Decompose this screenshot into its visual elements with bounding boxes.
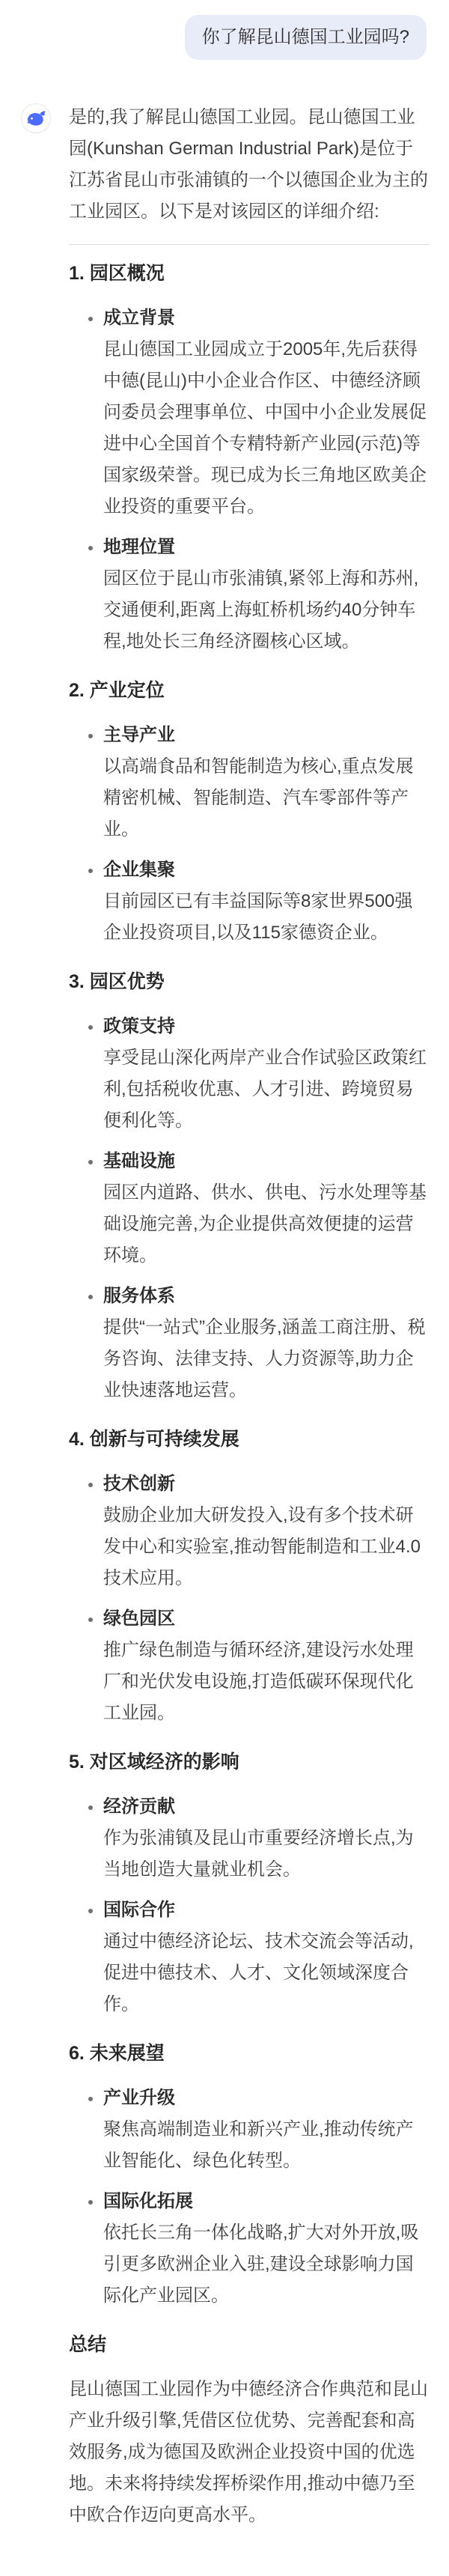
bullet-label: 地理位置 xyxy=(103,532,430,563)
list-item: 成立背景 昆山德国工业园成立于2005年,先后获得中德(昆山)中小企业合作区、中… xyxy=(70,303,430,523)
bullet-label: 产业升级 xyxy=(103,2083,430,2114)
bullet-label: 企业集聚 xyxy=(103,854,430,886)
bullet-text: 作为张浦镇及昆山市重要经济增长点,为当地创造大量就业机会。 xyxy=(103,1823,430,1886)
bullet-text: 昆山德国工业园成立于2005年,先后获得中德(昆山)中小企业合作区、中德经济顾问… xyxy=(103,334,430,523)
assistant-message-content: 是的,我了解昆山德国工业园。昆山德国工业园(Kunshan German Ind… xyxy=(69,102,430,2531)
bullet-label: 技术创新 xyxy=(103,1468,430,1500)
bullet-label: 成立背景 xyxy=(103,303,430,334)
list-item: 产业升级 聚焦高端制造业和新兴产业,推动传统产业智能化、绿色化转型。 xyxy=(70,2083,430,2177)
list-item: 技术创新 鼓励企业加大研发投入,设有多个技术研发中心和实验室,推动智能制造和工业… xyxy=(70,1468,430,1594)
bullet-dot xyxy=(88,2097,93,2101)
bullet-dot xyxy=(88,734,93,738)
bullet-dot xyxy=(88,2200,93,2205)
user-message-row: 你了解昆山德国工业园吗? xyxy=(0,0,449,60)
bullet-text: 通过中德经济论坛、技术交流会等活动,促进中德技术、人才、文化领域深度合作。 xyxy=(103,1926,430,2020)
bullet-dot xyxy=(88,1617,93,1622)
bullet-text: 聚焦高端制造业和新兴产业,推动传统产业智能化、绿色化转型。 xyxy=(103,2114,430,2177)
assistant-avatar xyxy=(21,103,51,133)
divider xyxy=(69,244,430,245)
list-item: 主导产业 以高端食品和智能制造为核心,重点发展精密机械、智能制造、汽车零部件等产… xyxy=(70,720,430,845)
bullet-label: 绿色园区 xyxy=(103,1603,430,1635)
list-item: 国际化拓展 依托长三角一体化战略,扩大对外开放,吸引更多欧洲企业入驻,建设全球影… xyxy=(70,2186,430,2312)
list-item: 国际合作 通过中德经济论坛、技术交流会等活动,促进中德技术、人才、文化领域深度合… xyxy=(70,1895,430,2020)
summary-paragraph: 昆山德国工业园作为中德经济合作典范和昆山产业升级引擎,凭借区位优势、完善配套和高… xyxy=(69,2374,430,2531)
list-item: 基础设施 园区内道路、供水、供电、污水处理等基础设施完善,为企业提供高效便捷的运… xyxy=(70,1146,430,1272)
user-message-bubble: 你了解昆山德国工业园吗? xyxy=(185,15,427,60)
list-item: 企业集聚 目前园区已有丰益国际等8家世界500强企业投资项目,以及115家德资企… xyxy=(70,854,430,949)
intro-paragraph: 是的,我了解昆山德国工业园。昆山德国工业园(Kunshan German Ind… xyxy=(69,102,430,228)
list-item: 经济贡献 作为张浦镇及昆山市重要经济增长点,为当地创造大量就业机会。 xyxy=(70,1791,430,1886)
bullet-text: 享受昆山深化两岸产业合作试验区政策红利,包括税收优惠、人才引进、跨境贸易便利化等… xyxy=(103,1042,430,1137)
section-title-1: 1. 园区概况 xyxy=(69,261,430,286)
bullet-dot xyxy=(88,869,93,873)
bullet-label: 基础设施 xyxy=(103,1146,430,1177)
list-item: 地理位置 园区位于昆山市张浦镇,紧邻上海和苏州,交通便利,距离上海虹桥机场约40… xyxy=(70,532,430,657)
section-title-2: 2. 产业定位 xyxy=(69,678,430,703)
bullet-label: 国际化拓展 xyxy=(103,2186,430,2217)
bullet-text: 园区内道路、供水、供电、污水处理等基础设施完善,为企业提供高效便捷的运营环境。 xyxy=(103,1177,430,1272)
bullet-dot xyxy=(88,1805,93,1810)
bullet-label: 服务体系 xyxy=(103,1281,430,1312)
bullet-dot xyxy=(88,317,93,321)
section-title-4: 4. 创新与可持续发展 xyxy=(69,1427,430,1452)
bullet-text: 鼓励企业加大研发投入,设有多个技术研发中心和实验室,推动智能制造和工业4.0技术… xyxy=(103,1500,430,1594)
bullet-text: 提供“一站式”企业服务,涵盖工商注册、税务咨询、法律支持、人力资源等,助力企业快… xyxy=(103,1312,430,1406)
list-item: 服务体系 提供“一站式”企业服务,涵盖工商注册、税务咨询、法律支持、人力资源等,… xyxy=(70,1281,430,1406)
bullet-dot xyxy=(88,546,93,550)
bullet-label: 经济贡献 xyxy=(103,1791,430,1823)
bullet-dot xyxy=(88,1160,93,1164)
bullet-text: 推广绿色制造与循环经济,建设污水处理厂和光伏发电设施,打造低碳环保现代化工业园。 xyxy=(103,1635,430,1729)
bullet-dot xyxy=(88,1025,93,1030)
bullet-text: 依托长三角一体化战略,扩大对外开放,吸引更多欧洲企业入驻,建设全球影响力国际化产… xyxy=(103,2217,430,2312)
deepseek-whale-icon xyxy=(25,108,46,129)
list-item: 政策支持 享受昆山深化两岸产业合作试验区政策红利,包括税收优惠、人才引进、跨境贸… xyxy=(70,1011,430,1137)
list-item: 绿色园区 推广绿色制造与循环经济,建设污水处理厂和光伏发电设施,打造低碳环保现代… xyxy=(70,1603,430,1729)
bullet-label: 政策支持 xyxy=(103,1011,430,1042)
bullet-dot xyxy=(88,1483,93,1487)
bullet-dot xyxy=(88,1909,93,1913)
bullet-text: 园区位于昆山市张浦镇,紧邻上海和苏州,交通便利,距离上海虹桥机场约40分钟车程,… xyxy=(103,563,430,657)
bullet-text: 以高端食品和智能制造为核心,重点发展精密机械、智能制造、汽车零部件等产业。 xyxy=(103,751,430,845)
summary-title: 总结 xyxy=(69,2333,430,2357)
chat-thread: 你了解昆山德国工业园吗? 是的,我了解昆山德国工业园。昆山德国工业园(Kunsh… xyxy=(0,0,449,2543)
bullet-label: 国际合作 xyxy=(103,1895,430,1926)
assistant-message-row: 是的,我了解昆山德国工业园。昆山德国工业园(Kunshan German Ind… xyxy=(0,102,449,2531)
bullet-dot xyxy=(88,1295,93,1299)
bullet-label: 主导产业 xyxy=(103,720,430,751)
section-title-3: 3. 园区优势 xyxy=(69,970,430,994)
bullet-text: 目前园区已有丰益国际等8家世界500强企业投资项目,以及115家德资企业。 xyxy=(103,886,430,949)
section-title-5: 5. 对区域经济的影响 xyxy=(69,1750,430,1775)
section-title-6: 6. 未来展望 xyxy=(69,2041,430,2066)
